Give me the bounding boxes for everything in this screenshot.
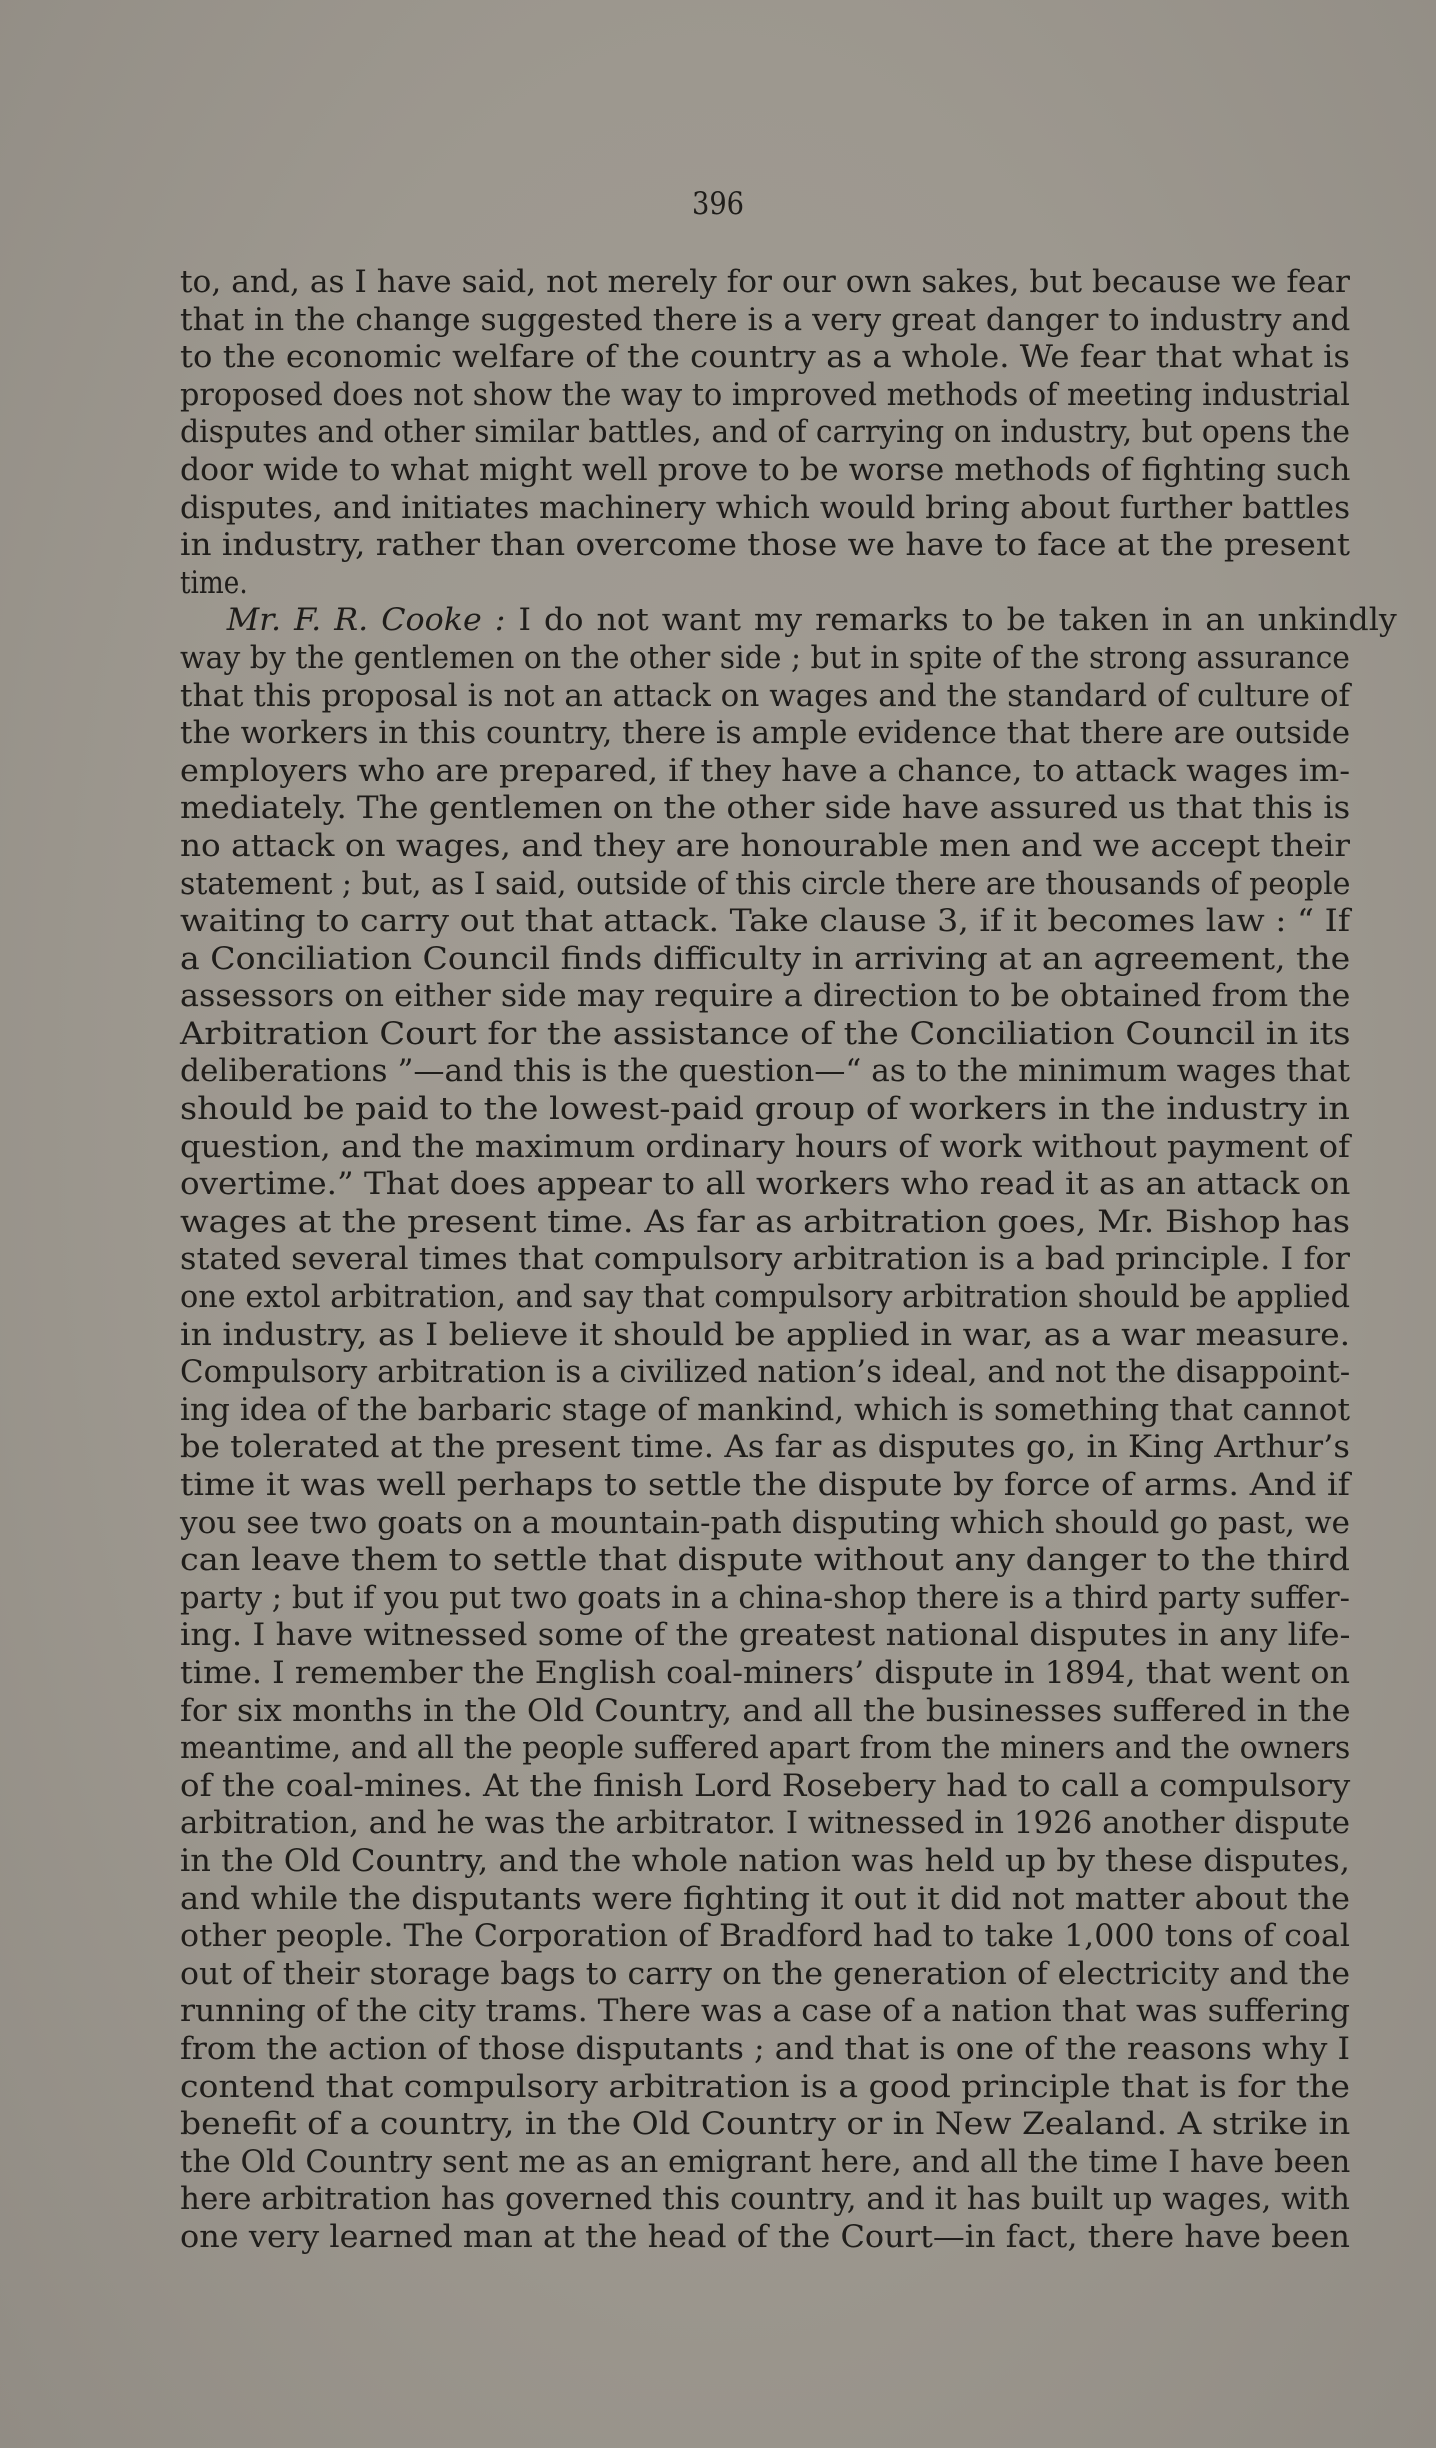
text-line: disputes and other similar battles, and … bbox=[180, 414, 1350, 452]
text-line: for six months in the Old Country, and a… bbox=[180, 1693, 1350, 1731]
text-line: of the coal-mines. At the finish Lord Ro… bbox=[180, 1768, 1350, 1806]
text-line: question, and the maximum ordinary hours… bbox=[180, 1129, 1350, 1167]
text-line: statement ; but, as I said, outside of t… bbox=[180, 866, 1350, 904]
text-line: here arbitration has governed this count… bbox=[180, 2181, 1350, 2219]
text-line: party ; but if you put two goats in a ch… bbox=[180, 1580, 1350, 1618]
text-line: the Old Country sent me as an emigrant h… bbox=[180, 2144, 1350, 2182]
text-line: in the Old Country, and the whole nation… bbox=[180, 1843, 1350, 1881]
text-line: the workers in this country, there is am… bbox=[180, 715, 1350, 753]
speaker-text: I do not want my remarks to be taken in … bbox=[505, 603, 1396, 638]
text-line: deliberations ”—and this is the question… bbox=[180, 1053, 1350, 1091]
text-line: contend that compulsory arbitration is a… bbox=[180, 2069, 1350, 2107]
text-line: to, and, as I have said, not merely for … bbox=[180, 264, 1350, 302]
text-line: and while the disputants were fighting i… bbox=[180, 1881, 1350, 1919]
text-line: arbitration, and he was the arbitrator. … bbox=[180, 1805, 1350, 1843]
text-line: stated several times that compulsory arb… bbox=[180, 1241, 1350, 1279]
text-line: time. I remember the English coal-miners… bbox=[180, 1655, 1350, 1693]
text-line: one very learned man at the head of the … bbox=[180, 2219, 1350, 2257]
paragraph-1: to, and, as I have said, not merely for … bbox=[180, 264, 1350, 602]
text-line: one extol arbitration, and say that comp… bbox=[180, 1279, 1350, 1317]
body-text: to, and, as I have said, not merely for … bbox=[180, 264, 1350, 2256]
text-line: in industry, as I believe it should be a… bbox=[180, 1317, 1350, 1355]
text-line: be tolerated at the present time. As far… bbox=[180, 1429, 1350, 1467]
text-line: wages at the present time. As far as arb… bbox=[180, 1204, 1350, 1242]
speaker-line: Mr. F. R. Cooke : I do not want my remar… bbox=[180, 602, 1397, 640]
text-line: you see two goats on a mountain-path dis… bbox=[180, 1505, 1350, 1543]
text-line: meantime, and all the people suffered ap… bbox=[180, 1730, 1350, 1768]
text-line: Compulsory arbitration is a civilized na… bbox=[180, 1354, 1350, 1392]
text-line: out of their storage bags to carry on th… bbox=[180, 1956, 1350, 1994]
text-line: that in the change suggested there is a … bbox=[180, 302, 1350, 340]
text-line: ing idea of the barbaric stage of mankin… bbox=[180, 1392, 1350, 1430]
page-number: 396 bbox=[86, 186, 1350, 222]
text-line: in industry, rather than overcome those … bbox=[180, 527, 1350, 565]
text-line: benefit of a country, in the Old Country… bbox=[180, 2106, 1350, 2144]
text-line: that this proposal is not an attack on w… bbox=[180, 678, 1350, 716]
text-line: mediately. The gentlemen on the other si… bbox=[180, 790, 1350, 828]
text-line: disputes, and initiates machinery which … bbox=[180, 490, 1350, 528]
text-line: other people. The Corporation of Bradfor… bbox=[180, 1918, 1350, 1956]
text-line: ing. I have witnessed some of the greate… bbox=[180, 1617, 1350, 1655]
text-line: no attack on wages, and they are honoura… bbox=[180, 828, 1350, 866]
text-line: running of the city trams. There was a c… bbox=[180, 1993, 1350, 2031]
text-line: from the action of those disputants ; an… bbox=[180, 2031, 1350, 2069]
text-line: employers who are prepared, if they have… bbox=[180, 753, 1350, 791]
text-line: overtime.” That does appear to all worke… bbox=[180, 1166, 1350, 1204]
text-line: should be paid to the lowest-paid group … bbox=[180, 1091, 1350, 1129]
text-line: way by the gentlemen on the other side ;… bbox=[180, 640, 1350, 678]
text-line: a Conciliation Council finds difficulty … bbox=[180, 941, 1350, 979]
text-line: can leave them to settle that dispute wi… bbox=[180, 1542, 1350, 1580]
paragraph-2: Mr. F. R. Cooke : I do not want my remar… bbox=[180, 602, 1350, 2256]
text-line: time it was well perhaps to settle the d… bbox=[180, 1467, 1350, 1505]
text-line: door wide to what might well prove to be… bbox=[180, 452, 1350, 490]
text-line: to the economic welfare of the country a… bbox=[180, 339, 1350, 377]
text-line: Arbitration Court for the assistance of … bbox=[180, 1016, 1350, 1054]
speaker-name: Mr. F. R. Cooke : bbox=[227, 603, 506, 638]
text-line: waiting to carry out that attack. Take c… bbox=[180, 903, 1350, 941]
text-line: time. bbox=[180, 565, 248, 603]
text-line: assessors on either side may require a d… bbox=[180, 978, 1350, 1016]
text-line: proposed does not show the way to improv… bbox=[180, 377, 1350, 415]
